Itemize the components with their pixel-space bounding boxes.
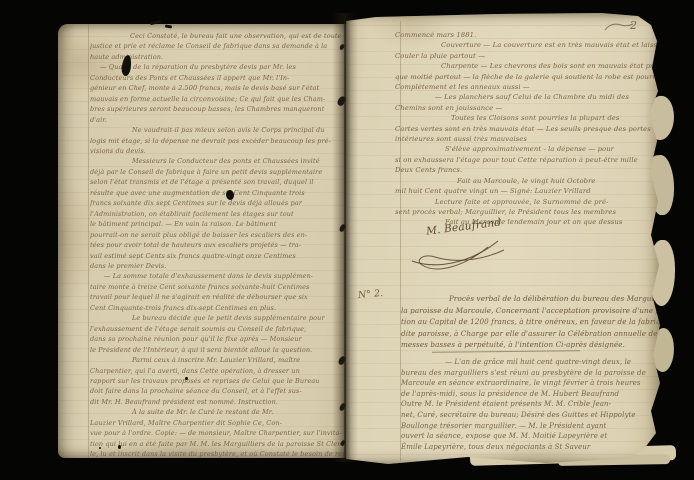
right-page: 2 Commencé mars 1881.Couverture — La cou… [346, 13, 664, 465]
manuscript-line: bureau des marguilliers s'est réuni au p… [401, 368, 660, 379]
binding-fold-line [344, 16, 346, 460]
manuscript-line: mauvais en forme actuelle la circonvoisi… [90, 94, 344, 104]
proces-verbal-body: — L'an de grâce mil huit cent quatre-vin… [401, 357, 660, 452]
proces-verbal-heading: Procès verbal de la délibération du bure… [401, 293, 660, 351]
manuscript-line: rapport sur les travaux proposés et repr… [90, 376, 344, 386]
manuscript-line: Complètement et les anneaux aussi — [395, 82, 658, 92]
manuscript-line: le, lu et inscrit dans la visite du pres… [90, 449, 344, 459]
manuscript-line: d'air. [90, 115, 344, 125]
manuscript-line: messes basses à perpétuité, à l'intentio… [401, 339, 660, 351]
manuscript-line: Chemins sont en jouissance — [395, 103, 658, 113]
manuscript-line: le Président de l'Intérieur, à qui il se… [90, 345, 344, 355]
ink-speck [165, 24, 172, 28]
manuscript-line: logis mit étage, si la dépense ne devrai… [90, 136, 344, 146]
manuscript-line: Toutes les Cloisons sont pourries la plu… [395, 113, 658, 123]
manuscript-line: Lecture faite et approuvée, le Surnommé … [395, 197, 658, 207]
manuscript-line: vail estimé sept Cents six francs quatre… [90, 251, 344, 261]
manuscript-line: taire monte à treize Cent soixante franc… [90, 282, 344, 292]
ink-speck [150, 20, 161, 26]
manuscript-line: Outre M. le Président étaient présents M… [401, 399, 660, 410]
manuscript-line: Couler la pluie partout — [395, 51, 658, 61]
manuscript-line: Fait au Marcoule, le vingt huit Octobre [395, 176, 658, 186]
manuscript-line: Cent Cinquante-trois francs dix-sept Cen… [90, 303, 344, 313]
manuscript-line: — L'an de grâce mil huit cent quatre-vin… [401, 357, 660, 368]
manuscript-line: ouvert la séance, expose que M. M. Moiti… [401, 431, 660, 442]
manuscript-line: tées pour avoir total de hauteurs aux es… [90, 240, 344, 250]
manuscript-line: Charpente — Les chevrons des bois sont e… [395, 61, 658, 71]
manuscript-line: génieur en Chef, monte à 2.500 francs, m… [90, 83, 344, 93]
manuscript-line: net, Curé, secrétaire du bureau; Désiré … [401, 410, 660, 421]
manuscript-line: dite paroisse, à Charge par elle d'assur… [401, 328, 660, 340]
manuscript-line: francs soixante dix sept Centimes sur le… [90, 198, 344, 208]
manuscript-line: Lauzier Vrillard, Maître Charpentier dit… [90, 418, 344, 428]
manuscript-line: le bâtiment principal. — En vain la rais… [90, 219, 344, 229]
manuscript-line: Couverture — La couverture est en très m… [395, 40, 658, 50]
manuscript-line: À la suite de Mr. le Curé le restant de … [90, 407, 344, 417]
manuscript-line: visions du devis. [90, 146, 344, 156]
manuscript-line: vue pour à l'ordre. Copie: — de monsieur… [90, 428, 344, 438]
manuscript-line: résulte que avec une augmentation de six… [90, 188, 344, 198]
manuscript-line: dans sa prochaine réunion pour qu'il le … [90, 334, 344, 344]
ink-speck [185, 377, 188, 380]
manuscript-line: pourrait-on ne serait plus obligé de bai… [90, 230, 344, 240]
margin-note: N° 2. [358, 288, 384, 301]
manuscript-line: Parmi ceux à inscrire Mr. Lauzier Vrilla… [90, 355, 344, 365]
manuscript-line: Ceci Constaté, le bureau fait une observ… [90, 31, 344, 41]
manuscript-line: Le bureau décide que le petit devis supp… [90, 313, 344, 323]
signature-paraph [408, 233, 512, 283]
manuscript-line: bres supérieures seront beaucoup basses,… [90, 104, 344, 114]
left-page-text: Ceci Constaté, le bureau fait une observ… [90, 31, 344, 460]
manuscript-line: justice et prie et réclame le Conseil de… [90, 41, 344, 51]
manuscript-line: S'élève approximativement - la dépense —… [395, 144, 658, 154]
ink-speck [99, 447, 101, 449]
manuscript-line: — La somme totale d'exhaussement dans le… [90, 271, 344, 281]
manuscript-line: selon l'état transmis et de l'étage a pr… [90, 177, 344, 187]
manuscript-line: Cartes vertes sont en très mauvais état … [395, 124, 658, 134]
manuscript-line: doit faire dans la prochaine séance du C… [90, 386, 344, 396]
ink-speck [118, 445, 121, 449]
manuscript-line: Deux Cents francs. [395, 165, 658, 175]
manuscript-line: dit Mr. H. Beaufrand président est nommé… [90, 397, 344, 407]
manuscript-line: sent procès verbal; Marguillier, le Prés… [395, 207, 658, 217]
manuscript-line: de l'après-midi, sous la présidence de M… [401, 389, 660, 400]
manuscript-line: Commencé mars 1881. [395, 30, 658, 40]
manuscript-line: Boullonge trésorier marguillier. — M. le… [401, 421, 660, 432]
manuscript-line: intérieures sont aussi très mauvaises [395, 134, 658, 144]
surveyor-report-text: Commencé mars 1881.Couverture — La couve… [395, 30, 658, 228]
left-page-margin-line [88, 24, 89, 458]
manuscript-line: Marcoule en séance extraordinaire, le vi… [401, 378, 660, 389]
manuscript-line: Procès verbal de la délibération du bure… [401, 293, 660, 305]
section-separator-line [432, 350, 580, 353]
manuscript-line: la paroisse du Marcoule, Concernant l'ac… [401, 305, 660, 317]
manuscript-line: l'exhaussement de l'étage serait soumis … [90, 324, 344, 334]
manuscript-line: dans le premier Devis. [90, 261, 344, 271]
manuscript-line: Émile Lapeyrière, tous deux négociants à… [401, 442, 660, 453]
manuscript-line: déjà par le Conseil de fabrique à faire … [90, 167, 344, 177]
manuscript-line: tion qui lui en a été faite par M. M. le… [90, 439, 344, 449]
manuscript-line: l'Administration, on établirait facileme… [90, 209, 344, 219]
manuscript-line: — Les planchers sauf Celui de la Chambre… [395, 92, 658, 102]
manuscript-line: que moitié partout — la flèche de la gal… [395, 72, 658, 82]
manuscript-line: si on exhaussera l'étage pour tout Cette… [395, 155, 658, 165]
left-page: Ceci Constaté, le bureau fait une observ… [58, 24, 346, 458]
manuscript-line: mil huit Cent quatre vingt un — Signé: L… [395, 186, 658, 196]
manuscript-scan: Ceci Constaté, le bureau fait une observ… [0, 0, 694, 480]
manuscript-line: tion au Capital de 1200 francs, à titre … [401, 316, 660, 328]
manuscript-line: travail pour lequel il ne s'agirait en r… [90, 292, 344, 302]
manuscript-line: Ne vaudrait-il pas mieux selon avis le C… [90, 125, 344, 135]
manuscript-line: Charpentier, qui l'a averti, dans Cette … [90, 366, 344, 376]
manuscript-line: Messieurs le Conducteur des ponts et Cha… [90, 156, 344, 166]
